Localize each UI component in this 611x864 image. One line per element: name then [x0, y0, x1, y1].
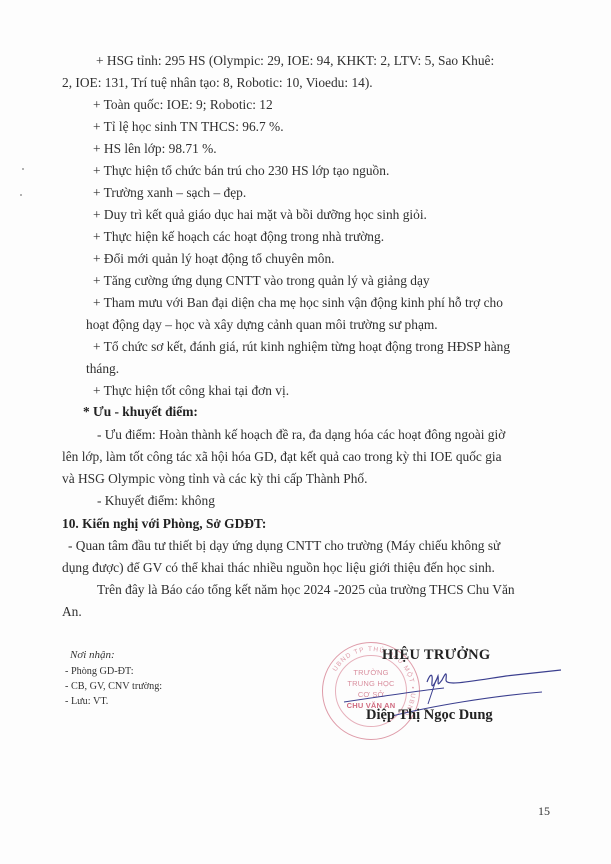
scan-artifact [22, 168, 24, 170]
pros-line: - Ưu điểm: Hoàn thành kế hoạch đề ra, đa… [97, 427, 505, 443]
cons-line: - Khuyết điểm: không [97, 493, 215, 509]
body-line: + HSG tỉnh: 295 HS (Olympic: 29, IOE: 94… [96, 53, 494, 69]
body-line: + Tăng cường ứng dụng CNTT vào trong quả… [93, 273, 430, 289]
body-line: hoạt động dạy – học và xây dựng cảnh qua… [86, 317, 438, 333]
recommendation-line: - Quan tâm đầu tư thiết bị dạy ứng dụng … [68, 538, 500, 554]
recommendation-line: dụng được) để GV có thể khai thác nhiều … [62, 560, 495, 576]
body-line: + Thực hiện tốt công khai tại đơn vị. [93, 383, 289, 399]
pros-line: lên lớp, làm tốt công tác xã hội hóa GD,… [62, 449, 502, 465]
body-line: + Tham mưu với Ban đại diện cha mẹ học s… [93, 295, 503, 311]
body-line: + Thực hiện kế hoạch các hoạt động trong… [93, 229, 384, 245]
section-heading-pros-cons: * Ưu - khuyết điểm: [83, 404, 198, 420]
recipient-item: - CB, GV, CNV trường: [65, 680, 162, 693]
body-line: + Đổi mới quản lý hoạt động tổ chuyên mô… [93, 251, 335, 267]
recipient-item: - Lưu: VT. [65, 695, 108, 708]
recipients-heading: Nơi nhận: [70, 649, 115, 662]
body-line: + Tổ chức sơ kết, đánh giá, rút kinh ngh… [93, 339, 510, 355]
signer-name: Diệp Thị Ngọc Dung [366, 707, 493, 723]
body-line: 2, IOE: 131, Trí tuệ nhân tạo: 8, Roboti… [62, 75, 373, 91]
body-line: tháng. [86, 361, 119, 377]
body-line: + Toàn quốc: IOE: 9; Robotic: 12 [93, 97, 273, 113]
body-line: + HS lên lớp: 98.71 %. [93, 141, 217, 157]
scan-artifact [20, 194, 22, 196]
closing-line: An. [62, 604, 82, 620]
page-number: 15 [538, 803, 550, 819]
recipient-item: - Phòng GD-ĐT: [65, 665, 134, 678]
pros-line: và HSG Olympic vòng tỉnh và các kỳ thi c… [62, 471, 367, 487]
closing-line: Trên đây là Báo cáo tổng kết năm học 202… [97, 582, 515, 598]
body-line: + Trường xanh – sạch – đẹp. [93, 185, 246, 201]
body-line: + Thực hiện tổ chức bán trú cho 230 HS l… [93, 163, 389, 179]
document-page: + HSG tỉnh: 295 HS (Olympic: 29, IOE: 94… [0, 0, 611, 864]
body-line: + Duy trì kết quả giáo dục hai mặt và bồ… [93, 207, 427, 223]
body-line: + Tỉ lệ học sinh TN THCS: 96.7 %. [93, 119, 284, 135]
section-heading-10: 10. Kiến nghị với Phòng, Sở GDĐT: [62, 516, 266, 532]
